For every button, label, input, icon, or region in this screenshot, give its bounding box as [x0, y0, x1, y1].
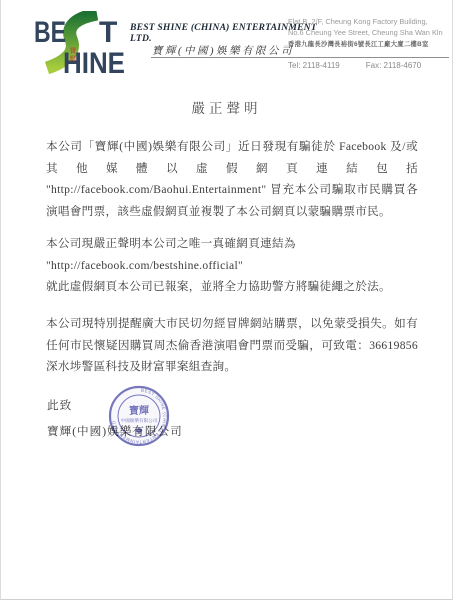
- address-line-zh: 香港九龍長沙灣長裕街6號長江工廠大廈二樓B室: [288, 39, 453, 50]
- closing-salutation: 此致: [47, 397, 72, 413]
- company-seal-stamp: BEST SHINE (CHINA) ENTERTAINMENT LTD 寶輝 …: [107, 384, 171, 448]
- tel-fax-row: Tel: 2118-4119 Fax: 2118-4670: [288, 61, 421, 70]
- address-line-1: Flat B, 2/F, Cheung Kong Factory Buildin…: [288, 16, 453, 27]
- official-link-intro: 本公司現嚴正聲明本公司之唯一真確網頁連結為: [46, 233, 418, 255]
- address-line-2: No.6 Cheung Yee Street, Cheung Sha Wan K…: [288, 27, 453, 38]
- paragraph-official-link: 本公司現嚴正聲明本公司之唯一真確網頁連結為 "http://facebook.c…: [46, 233, 418, 276]
- paragraph-police-report: 就此虛假網頁本公司已報案，並將全力協助警方將騙徒繩之於法。: [46, 276, 418, 298]
- letter-title: 嚴正聲明: [1, 97, 452, 117]
- logo-letter-t: T: [99, 16, 117, 49]
- fax-number: Fax: 2118-4670: [366, 61, 421, 70]
- letter-page: BE T HINE 寶輝 BEST SHINE (CHINA) ENTERTAI…: [0, 0, 453, 600]
- logo-seal-chars: 寶輝: [69, 46, 77, 63]
- letterhead-rule: [151, 57, 449, 58]
- seal-center-main: 寶輝: [129, 404, 150, 417]
- tel-number: Tel: 2118-4119: [288, 61, 340, 70]
- official-link-url: "http://facebook.com/bestshine.official": [46, 255, 418, 277]
- seal-center-sub: 中國娛樂有限公司: [121, 417, 158, 424]
- paragraph-fake-pages: 本公司「寶輝(中國)娛樂有限公司」近日發現有騙徒於 Facebook 及/或其他…: [46, 136, 418, 222]
- address-block: Flat B, 2/F, Cheung Kong Factory Buildin…: [288, 16, 453, 50]
- company-name-zh: 寶輝(中國)娛樂有限公司: [152, 43, 294, 58]
- paragraph-warning: 本公司現特別提醒廣大市民切勿經冒牌網站購票，以免蒙受損失。如有任何市民懷疑因購買…: [46, 313, 418, 378]
- logo-letters-be: BE: [34, 16, 66, 49]
- best-shine-logo: BE T HINE 寶輝: [33, 11, 127, 77]
